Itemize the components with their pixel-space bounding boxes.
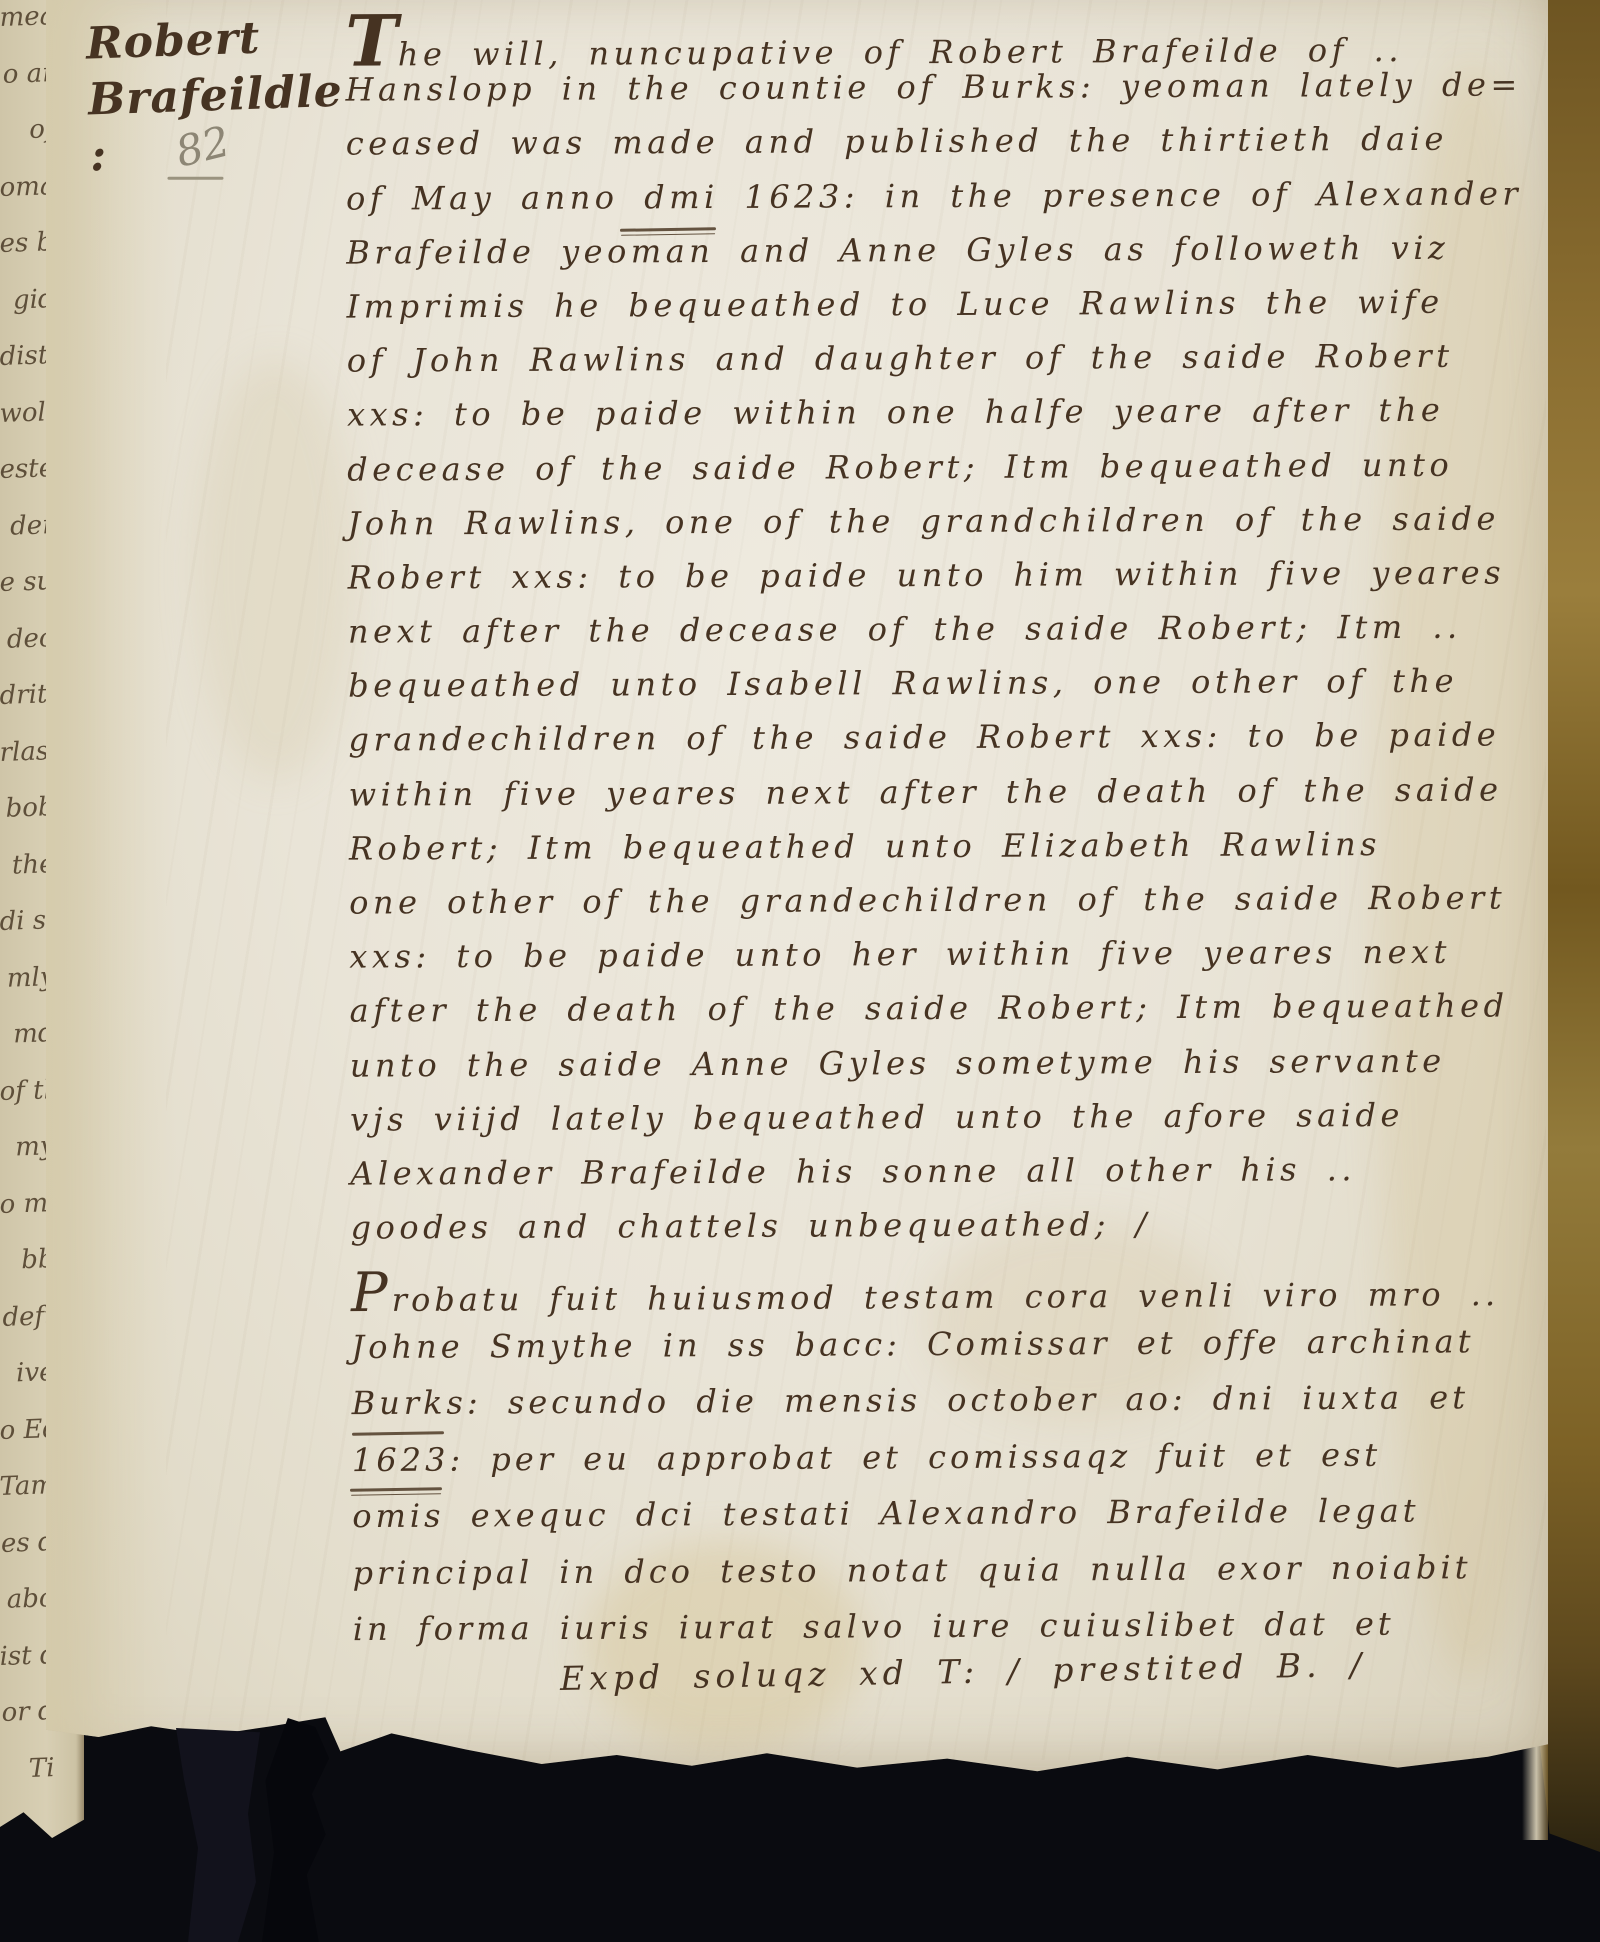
torn-paper-tongue [168,1728,268,1942]
manuscript-line: grandechildren of the saide Robert xxs: … [348,716,1544,775]
manuscript-line: The will, nuncupative of Robert Brafeild… [345,11,1541,70]
manuscript-line: xxs: to be paide unto her within five ye… [349,933,1545,992]
manuscript-line: after the death of the saide Robert; Itm… [350,987,1546,1046]
manuscript-line: Burks: secundo die mensis october ao: dn… [352,1378,1548,1441]
manuscript-line: one other of the grandechildren of the s… [349,878,1545,937]
manuscript-line: of May anno dmi 1623: in the presence of… [346,174,1542,233]
manuscript-line: Probatu fuit huiusmod testam cora venli … [351,1265,1547,1328]
manuscript-line: Imprimis he bequeathed to Luce Rawlins t… [346,282,1542,341]
manuscript-line: ceased was made and published the thirti… [346,120,1542,179]
margin-heading-line1: Robert [85,8,347,73]
manuscript-photo: measeo arofomanes bigiddistewolleestesde… [0,0,1600,1942]
manuscript-line: Alexander Brafeilde his sonne all other … [350,1149,1546,1208]
manuscript-line: next after the decease of the saide Robe… [348,607,1544,666]
manuscript-line: goodes and chattels unbequeathed; / [350,1204,1546,1263]
text-fragment: Ti [0,1753,59,1811]
manuscript-line: unto the saide Anne Gyles sometyme his s… [350,1041,1546,1100]
manuscript-line: of John Rawlins and daughter of the said… [347,337,1543,396]
manuscript-line: xxs: to be paide within one halfe yeare … [347,391,1543,450]
manuscript-line: vjs viijd lately bequeathed unto the afo… [350,1095,1546,1154]
manuscript-line: Brafeilde yeoman and Anne Gyles as follo… [346,228,1542,287]
probate-text-block: Probatu fuit huiusmod testam cora venli … [351,1265,1549,1667]
manuscript-line: Robert; Itm bequeathed unto Elizabeth Ra… [349,824,1545,883]
manuscript-line: omis exequc dci testati Alexandro Brafei… [352,1491,1548,1554]
manuscript-line: 1623: per eu approbat et comissaqz fuit … [352,1434,1548,1497]
manuscript-line: Johne Smythe in ss bacc: Comissar et off… [351,1321,1547,1384]
manuscript-line: John Rawlins, one of the grandchildren o… [347,499,1543,558]
manuscript-line: decease of the saide Robert; Itm bequeat… [347,445,1543,504]
will-text-block: The will, nuncupative of Robert Brafeild… [345,11,1546,1263]
manuscript-line: principal in dco testo notat quia nulla … [352,1547,1548,1610]
manuscript-line: Robert xxs: to be paide unto him within … [348,553,1544,612]
manuscript-line: within five yeares next after the death … [349,770,1545,829]
manuscript-line: Hanslopp in the countie of Burks: yeoman… [346,66,1542,125]
manuscript-line: bequeathed unto Isabell Rawlins, one oth… [348,662,1544,721]
torn-paper-notch [262,1718,348,1942]
paper-stain [196,360,356,780]
